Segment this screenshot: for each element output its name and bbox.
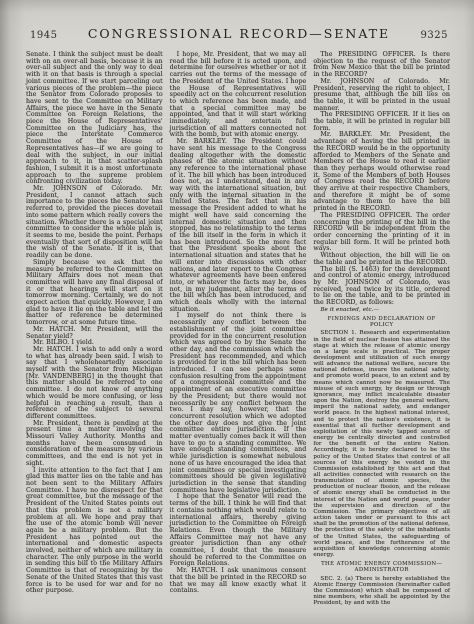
header-page-number: 9325 bbox=[390, 30, 448, 41]
bill-section-heading: FINDINGS AND DECLARATION OF POLICY bbox=[317, 316, 446, 328]
column-right: The PRESIDING OFFICER. Is there objectio… bbox=[313, 52, 450, 606]
bill-enacting-clause: Be it enacted, etc.— bbox=[313, 307, 450, 313]
paragraph: Mr. HATCH. Mr. President, will the Senat… bbox=[26, 327, 163, 340]
paragraph: The bill (S. 1463) for the development a… bbox=[313, 267, 450, 307]
paragraph: Mr. President, there is pending at the p… bbox=[26, 421, 163, 468]
header-year: 1945 bbox=[30, 30, 88, 41]
paragraph: Simply because we ask that the measure b… bbox=[26, 260, 163, 327]
paragraph: The PRESIDING OFFICER. Is there objectio… bbox=[313, 52, 450, 79]
text-columns: Senate. I think the subject must be deal… bbox=[26, 52, 450, 606]
column-center: I hope, Mr. President, that we may all r… bbox=[170, 52, 307, 606]
paragraph: The PRESIDING OFFICER. If it lies on the… bbox=[313, 112, 450, 132]
paragraph: Mr. JOHNSON of Colorado. Mr. President, … bbox=[26, 186, 163, 260]
paragraph: Senate. I think the subject must be deal… bbox=[26, 52, 163, 186]
paragraph: I invite attention to the fact that I am… bbox=[26, 468, 163, 595]
paragraph: Mr. JOHNSON of Colorado. Mr. President, … bbox=[313, 79, 450, 113]
paragraph: Without objection, the bill will lie on … bbox=[313, 253, 450, 266]
page-title: CONGRESSIONAL RECORD—SENATE bbox=[88, 26, 390, 41]
bill-section-heading: THE ATOMIC ENERGY COMMISSION—ADMINISTRAT… bbox=[317, 561, 446, 573]
bill-text-paragraph: SEC. 2. (a) There is hereby established … bbox=[313, 576, 450, 607]
paragraph: Mr. HATCH. I ask unanimous consent that … bbox=[170, 568, 307, 595]
paragraph: Mr. HATCH. I wish to add only a word to … bbox=[26, 347, 163, 421]
paragraph: The PRESIDING OFFICER. The order concern… bbox=[313, 213, 450, 253]
column-left: Senate. I think the subject must be deal… bbox=[26, 52, 163, 606]
paragraph: Mr. BARKLEY. Mr. President, the advantag… bbox=[313, 132, 450, 212]
page-header: 1945 CONGRESSIONAL RECORD—SENATE 9325 bbox=[30, 26, 448, 41]
paragraph: I hope that the Senator will read the te… bbox=[170, 494, 307, 568]
paragraph: I myself do not think there is necessari… bbox=[170, 313, 307, 494]
paragraph: Mr. BARKLEY. The President could have se… bbox=[170, 139, 307, 313]
bill-text-paragraph: SECTION 1. Research and experimentation … bbox=[313, 330, 450, 558]
congressional-record-page-scan: 1945 CONGRESSIONAL RECORD—SENATE 9325 Se… bbox=[0, 0, 474, 624]
paragraph: I hope, Mr. President, that we may all r… bbox=[170, 52, 307, 139]
